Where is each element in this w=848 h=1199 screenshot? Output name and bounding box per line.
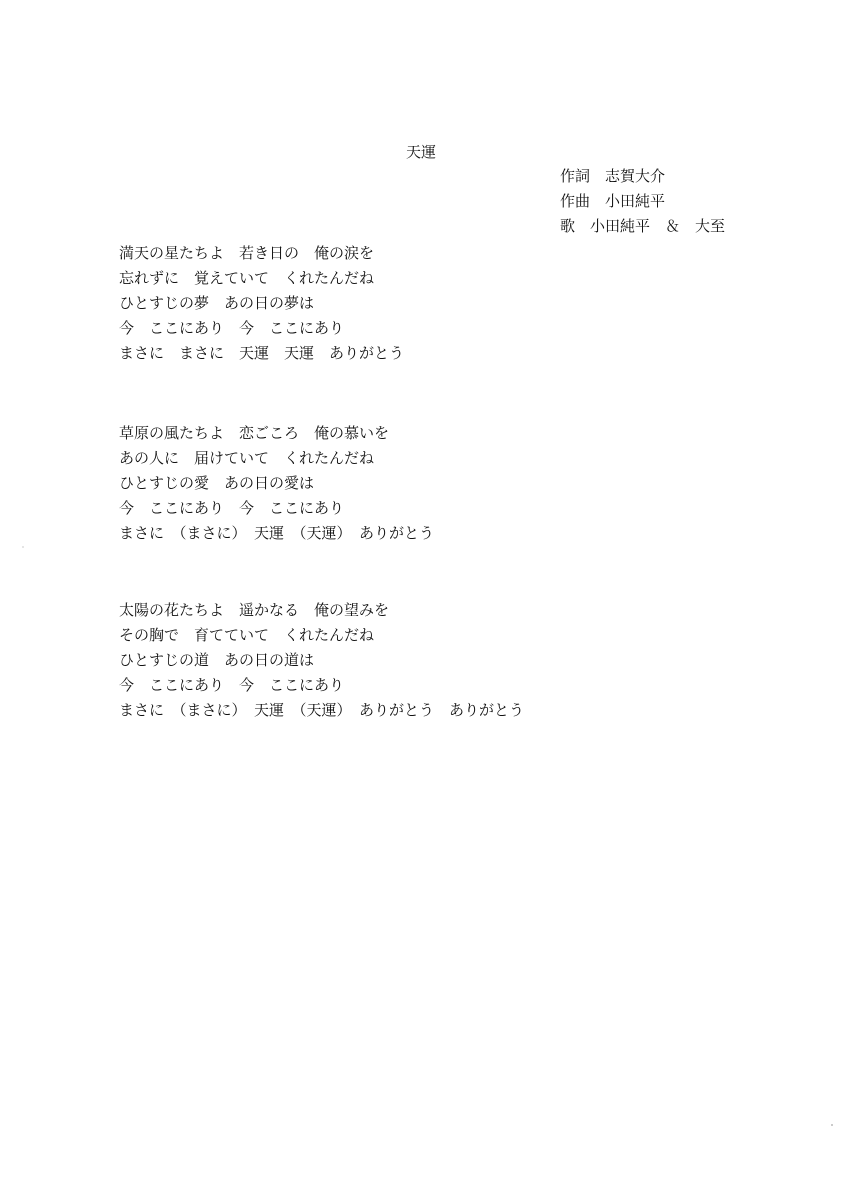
- song-title: 天運: [406, 142, 436, 162]
- composer-credit: 作曲 小田純平: [560, 189, 725, 214]
- lyric-line: 満天の星たちよ 若き日の 俺の涙を: [119, 241, 404, 266]
- verse-3: 太陽の花たちよ 遥かなる 俺の望みを その胸で 育てていて くれたんだね ひとす…: [119, 598, 524, 723]
- lyric-line: まさに まさに 天運 天運 ありがとう: [119, 341, 404, 366]
- scan-speck: [22, 546, 24, 548]
- lyric-line: あの人に 届けていて くれたんだね: [119, 446, 434, 471]
- lyric-line: 今 ここにあり 今 ここにあり: [119, 496, 434, 521]
- lyrics-sheet: 天運 作詞 志賀大介 作曲 小田純平 歌 小田純平 ＆ 大至 満天の星たちよ 若…: [0, 0, 848, 1199]
- lyric-line: まさに （まさに） 天運 （天運） ありがとう ありがとう: [119, 698, 524, 723]
- lyricist-credit: 作詞 志賀大介: [560, 164, 725, 189]
- verse-2: 草原の風たちよ 恋ごころ 俺の慕いを あの人に 届けていて くれたんだね ひとす…: [119, 421, 434, 546]
- verse-1: 満天の星たちよ 若き日の 俺の涙を 忘れずに 覚えていて くれたんだね ひとすじ…: [119, 241, 404, 366]
- lyric-line: その胸で 育てていて くれたんだね: [119, 623, 524, 648]
- lyric-line: ひとすじの道 あの日の道は: [119, 648, 524, 673]
- lyric-line: ひとすじの夢 あの日の夢は: [119, 291, 404, 316]
- lyric-line: ひとすじの愛 あの日の愛は: [119, 471, 434, 496]
- credits-block: 作詞 志賀大介 作曲 小田純平 歌 小田純平 ＆ 大至: [560, 164, 725, 239]
- lyric-line: まさに （まさに） 天運 （天運） ありがとう: [119, 521, 434, 546]
- lyric-line: 今 ここにあり 今 ここにあり: [119, 316, 404, 341]
- scan-speck: [831, 1124, 833, 1126]
- lyric-line: 草原の風たちよ 恋ごころ 俺の慕いを: [119, 421, 434, 446]
- lyric-line: 今 ここにあり 今 ここにあり: [119, 673, 524, 698]
- lyric-line: 忘れずに 覚えていて くれたんだね: [119, 266, 404, 291]
- singer-credit: 歌 小田純平 ＆ 大至: [560, 214, 725, 239]
- lyric-line: 太陽の花たちよ 遥かなる 俺の望みを: [119, 598, 524, 623]
